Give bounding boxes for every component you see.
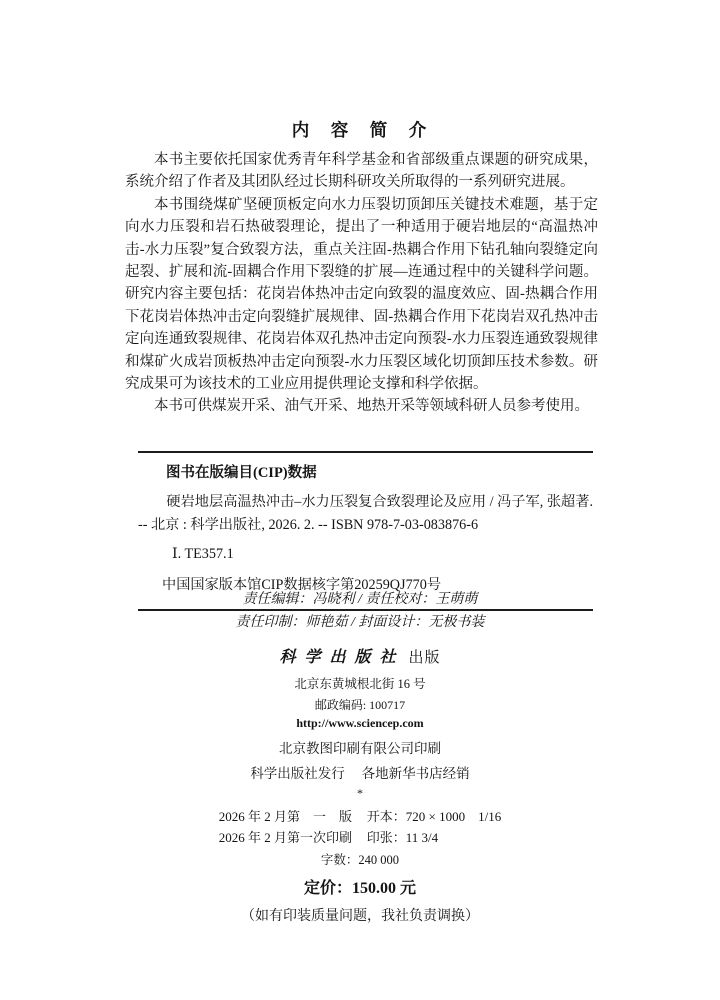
intro-paragraph-2: 本书围绕煤矿坚硬顶板定向水力压裂切顶卸压关键技术难题，基于定向水力压裂和岩石热破… <box>125 194 598 396</box>
cip-entry: 硬岩地层高温热冲击–水力压裂复合致裂理论及应用 / 冯子军, 张超著. -- 北… <box>138 491 593 536</box>
word-count: 字数：240 000 <box>0 850 720 868</box>
publisher-address: 北京东黄城根北街 16 号 <box>0 674 720 692</box>
colophon: 科学出版社 出版 北京东黄城根北街 16 号 邮政编码: 100717 http… <box>0 644 720 925</box>
printer-line: 北京教图印刷有限公司印刷 <box>0 737 720 757</box>
intro-paragraph-3: 本书可供煤炭开采、油气开采、地热开采等领域科研人员参考使用。 <box>125 395 598 417</box>
format-spec: 开本：720 × 1000 1/16 <box>367 807 501 828</box>
cip-heading: 图书在版编目(CIP)数据 <box>166 461 593 482</box>
distribution-line: 科学出版社发行 各地新华书店经销 <box>0 762 720 782</box>
price: 定价：150.00 元 <box>0 875 720 898</box>
publisher-suffix: 出版 <box>408 650 440 666</box>
cip-class-code: Ⅰ. TE357.1 <box>172 546 593 563</box>
intro-title: 内 容 简 介 <box>0 117 720 142</box>
credits-line-editors: 责任编辑：冯晓利 / 责任校对：王萌萌 <box>0 589 720 612</box>
intro-paragraph-1: 本书主要依托国家优秀青年科学基金和省部级重点课题的研究成果，系统介绍了作者及其团… <box>125 149 598 194</box>
publisher-line: 科学出版社 出版 <box>0 644 720 667</box>
edition-row-1: 2026 年 2 月第 一 版 开本：720 × 1000 1/16 <box>219 807 501 828</box>
separator-star: * <box>0 786 720 801</box>
publisher-logotype: 科学出版社 <box>280 649 405 666</box>
staff-credits: 责任编辑：冯晓利 / 责任校对：王萌萌 责任印制：师艳茹 / 封面设计：无极书装 <box>0 589 720 634</box>
intro-body: 本书主要依托国家优秀青年科学基金和省部级重点课题的研究成果，系统介绍了作者及其团… <box>125 149 598 418</box>
publisher-postcode: 邮政编码: 100717 <box>0 696 720 713</box>
publisher-website: http://www.sciencep.com <box>0 716 720 731</box>
copyright-page: 内 容 简 介 本书主要依托国家优秀青年科学基金和省部级重点课题的研究成果，系统… <box>0 0 720 1000</box>
sheet-count: 印张：11 3/4 <box>367 828 438 849</box>
edition-row-2: 2026 年 2 月第一次印刷 印张：11 3/4 <box>219 828 501 849</box>
edition-info: 2026 年 2 月第 一 版 开本：720 × 1000 1/16 2026 … <box>219 807 501 848</box>
printing-date: 2026 年 2 月第一次印刷 <box>219 828 367 849</box>
credits-line-printing-design: 责任印制：师艳茹 / 封面设计：无极书装 <box>0 612 720 635</box>
cip-data-box: 图书在版编目(CIP)数据 硬岩地层高温热冲击–水力压裂复合致裂理论及应用 / … <box>138 451 593 611</box>
edition-date: 2026 年 2 月第 一 版 <box>219 807 367 828</box>
quality-note: （如有印装质量问题，我社负责调换） <box>0 905 720 925</box>
